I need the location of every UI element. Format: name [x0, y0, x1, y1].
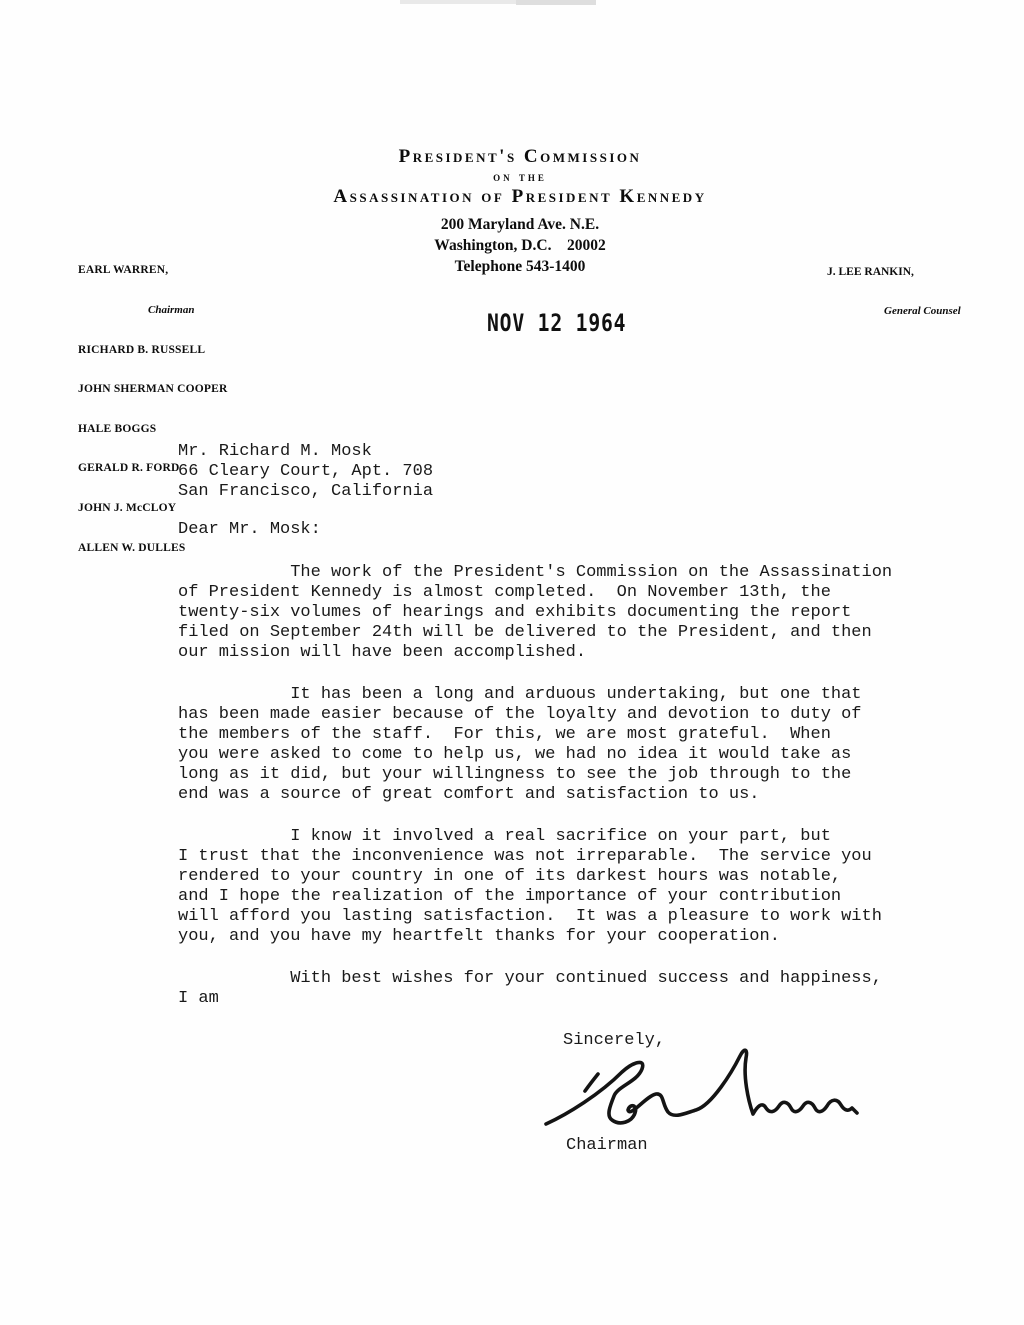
signature-earl-warren [0, 0, 1024, 1325]
scanned-letter-page: President's Commission on the Assassinat… [0, 0, 1024, 1325]
signer-title: Chairman [566, 1136, 648, 1155]
